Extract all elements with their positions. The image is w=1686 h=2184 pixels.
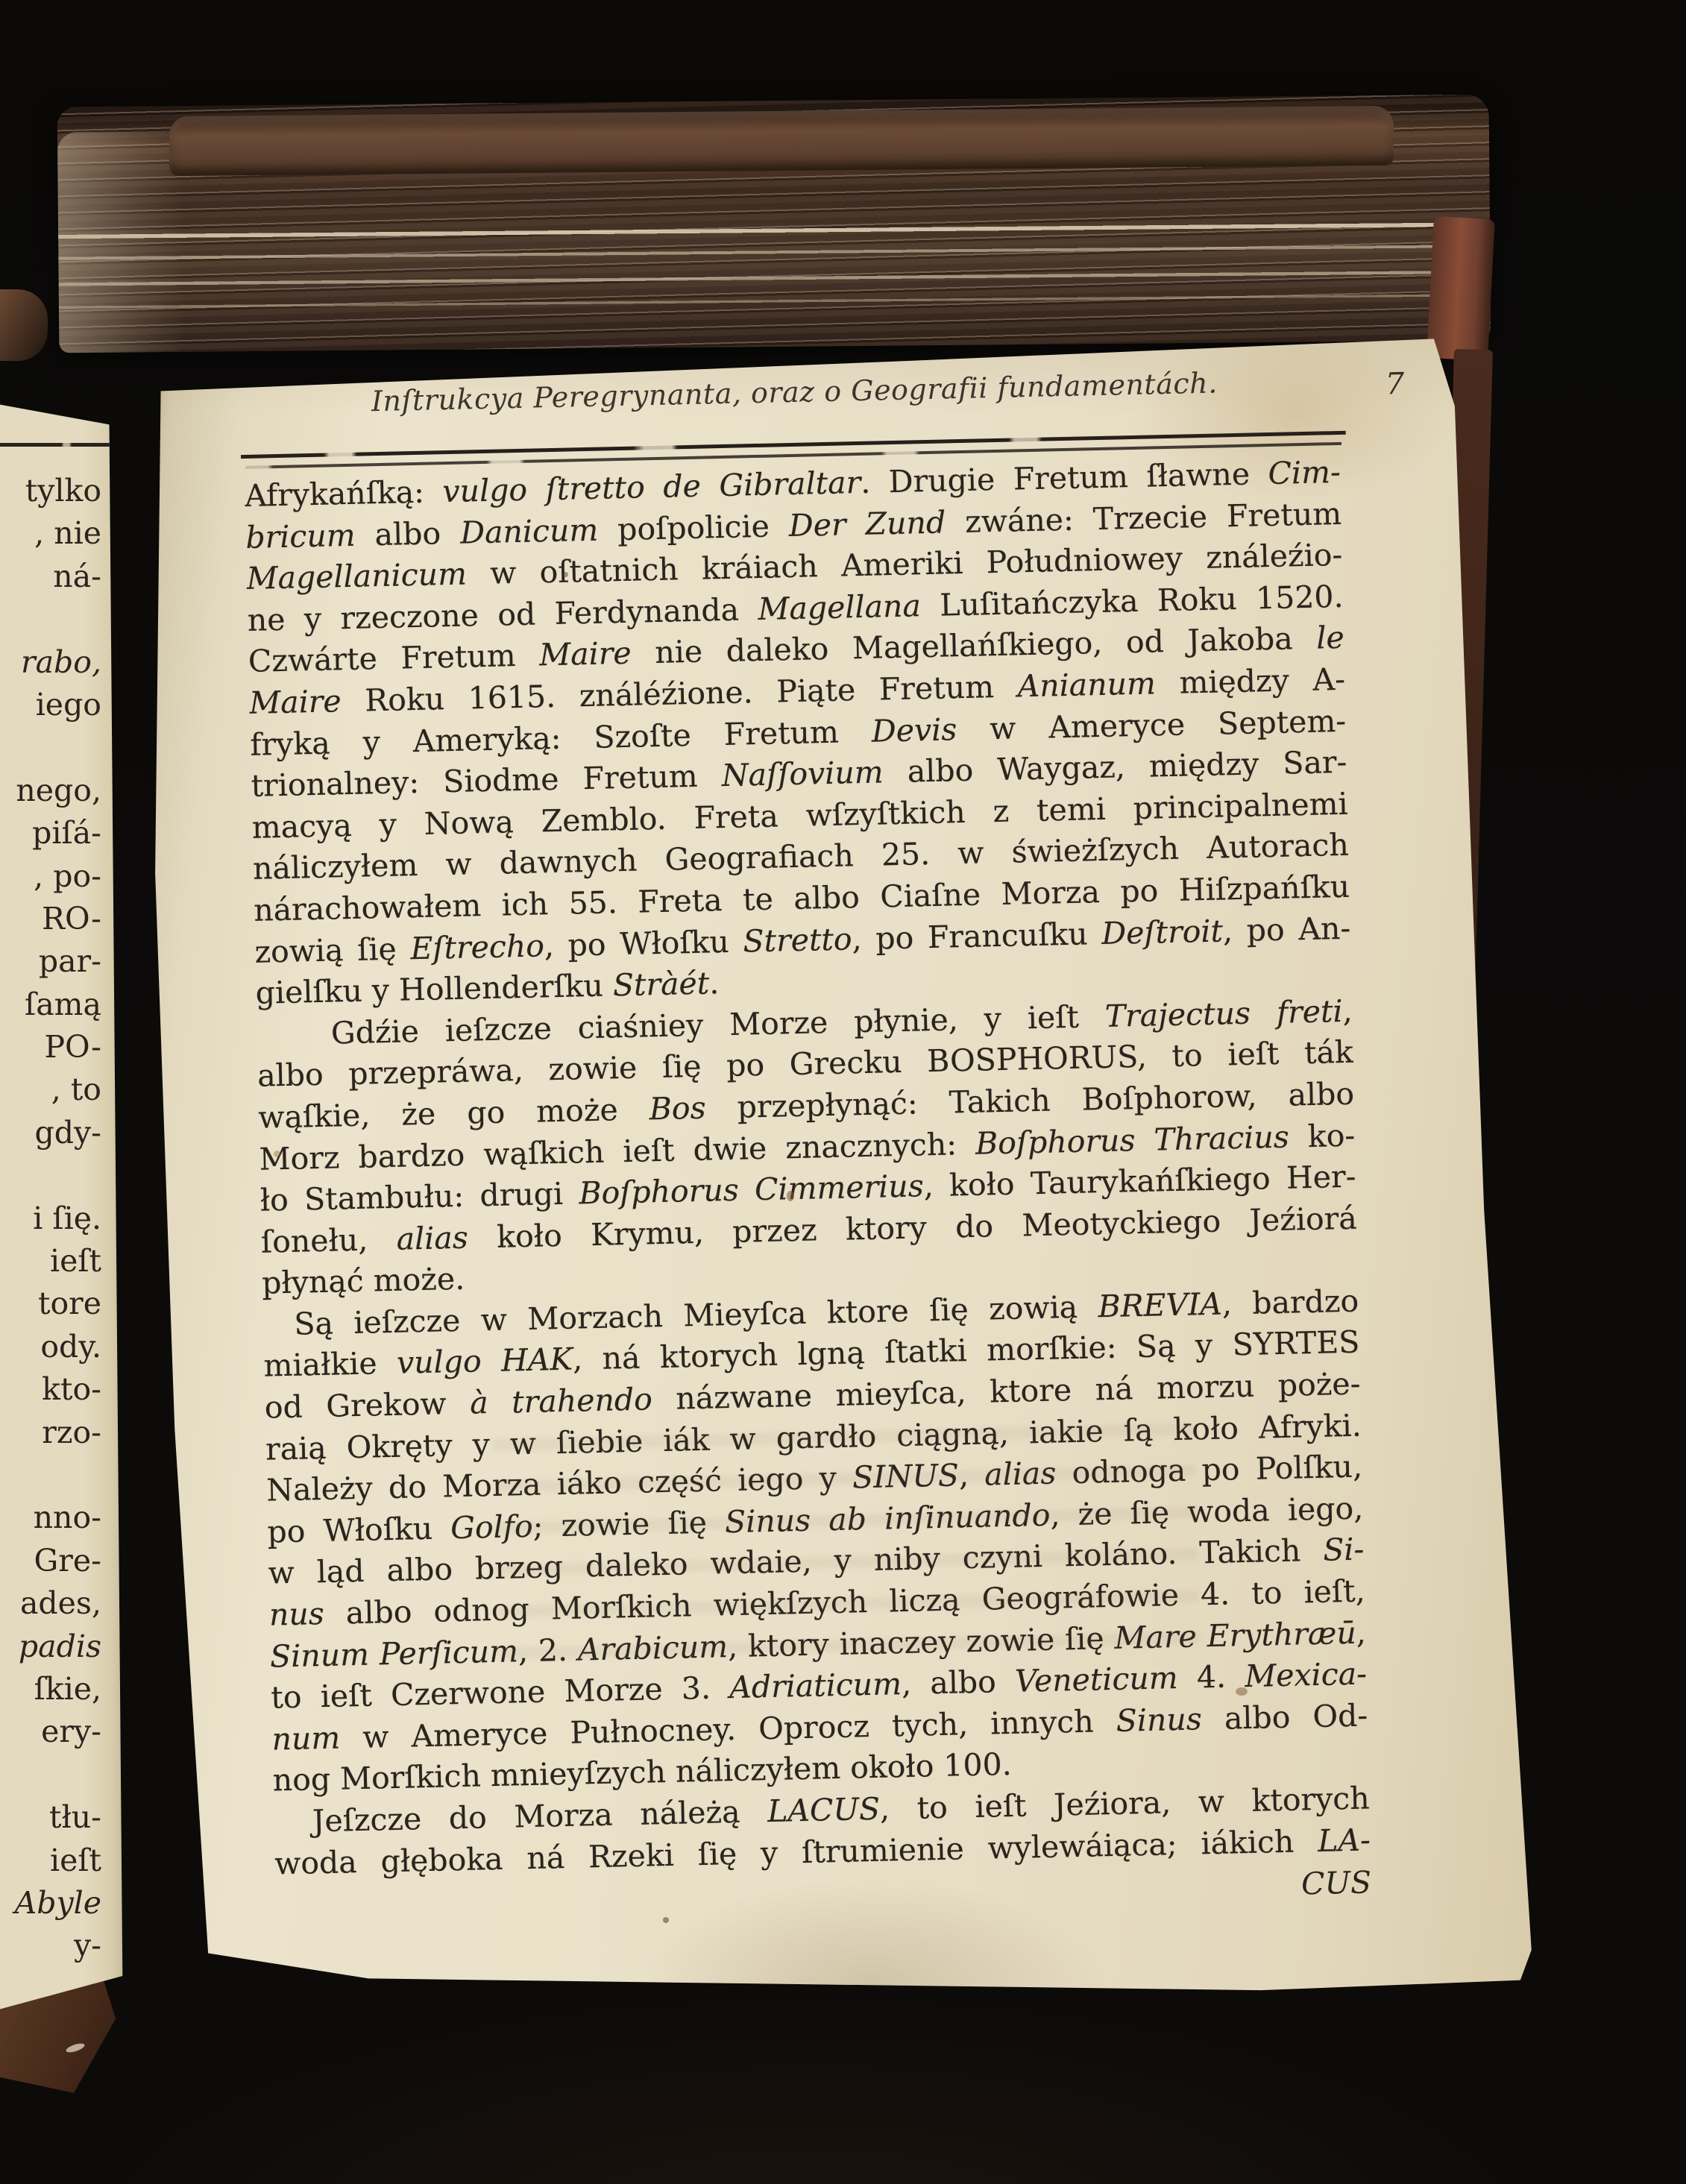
left-line-gap: [0, 1754, 101, 1796]
book-spine-edge: [1427, 216, 1495, 361]
left-text-line: tylko: [0, 470, 101, 512]
left-text-line: i ſię.: [0, 1198, 101, 1240]
left-text-line: rzo-: [0, 1412, 101, 1454]
left-text-line: nno-: [0, 1497, 101, 1539]
left-page-fragment: tylko, niená-rabo,iegonego,piſá-, po-RO-…: [0, 371, 166, 2034]
page-number: 7: [1385, 367, 1404, 402]
left-text-line: ieſt: [0, 1240, 101, 1283]
left-line-gap: [0, 598, 101, 641]
left-text-line: ery-: [0, 1711, 101, 1753]
left-line-gap: [0, 726, 101, 769]
left-text-line: kto-: [0, 1368, 101, 1411]
left-text-line: ſamą: [0, 984, 101, 1026]
running-title: Inſtrukcya Peregrynanta, oraz o Geografi…: [242, 364, 1347, 421]
page-content: Inſtrukcya Peregrynanta, oraz o Geografi…: [242, 364, 1347, 432]
left-text-line: Abyle: [0, 1882, 101, 1925]
book-photograph: tylko, niená-rabo,iegonego,piſá-, po-RO-…: [0, 0, 1686, 2184]
left-text-line: piſá-: [0, 812, 101, 855]
main-page: Inſtrukcya Peregrynanta, oraz o Geografi…: [145, 317, 1540, 2002]
left-text-line: tore: [0, 1283, 101, 1325]
book-top-page-edges: [57, 95, 1491, 353]
left-text-line: , nie: [0, 512, 101, 555]
left-text-line: par-: [0, 940, 101, 983]
book-top-cover-edge: [169, 106, 1394, 176]
left-text-line: RO-: [0, 898, 101, 940]
left-text-line: iego: [0, 684, 101, 726]
left-line-gap: [0, 1454, 101, 1497]
left-text-line: ſkie,: [0, 1668, 101, 1711]
left-text-line: nego,: [0, 770, 101, 812]
left-page-text-column: tylko, niená-rabo,iegonego,piſá-, po-RO-…: [0, 470, 101, 1968]
left-text-line: gdy-: [0, 1112, 101, 1154]
left-text-line: tłu-: [0, 1796, 101, 1839]
left-line-gap: [0, 1154, 101, 1197]
left-text-line: Gre-: [0, 1540, 101, 1582]
left-text-line: padis: [0, 1626, 101, 1668]
left-text-line: ades,: [0, 1582, 101, 1625]
page-header: Inſtrukcya Peregrynanta, oraz o Geografi…: [242, 364, 1347, 432]
left-text-line: ody.: [0, 1326, 101, 1368]
left-text-line: , to: [0, 1069, 101, 1111]
left-text-line: ná-: [0, 556, 101, 598]
left-text-line: rabo,: [0, 641, 101, 684]
left-text-line: PO-: [0, 1026, 101, 1069]
left-text-line: ieſt: [0, 1840, 101, 1882]
body-text: Afrykańſką: vulgo ſtretto de Gibraltar. …: [245, 452, 1371, 1885]
left-text-line: y-: [0, 1925, 101, 1967]
left-page-block-edge: [0, 289, 48, 361]
left-text-line: , po-: [0, 855, 101, 898]
left-page-header-rule: [0, 443, 112, 447]
